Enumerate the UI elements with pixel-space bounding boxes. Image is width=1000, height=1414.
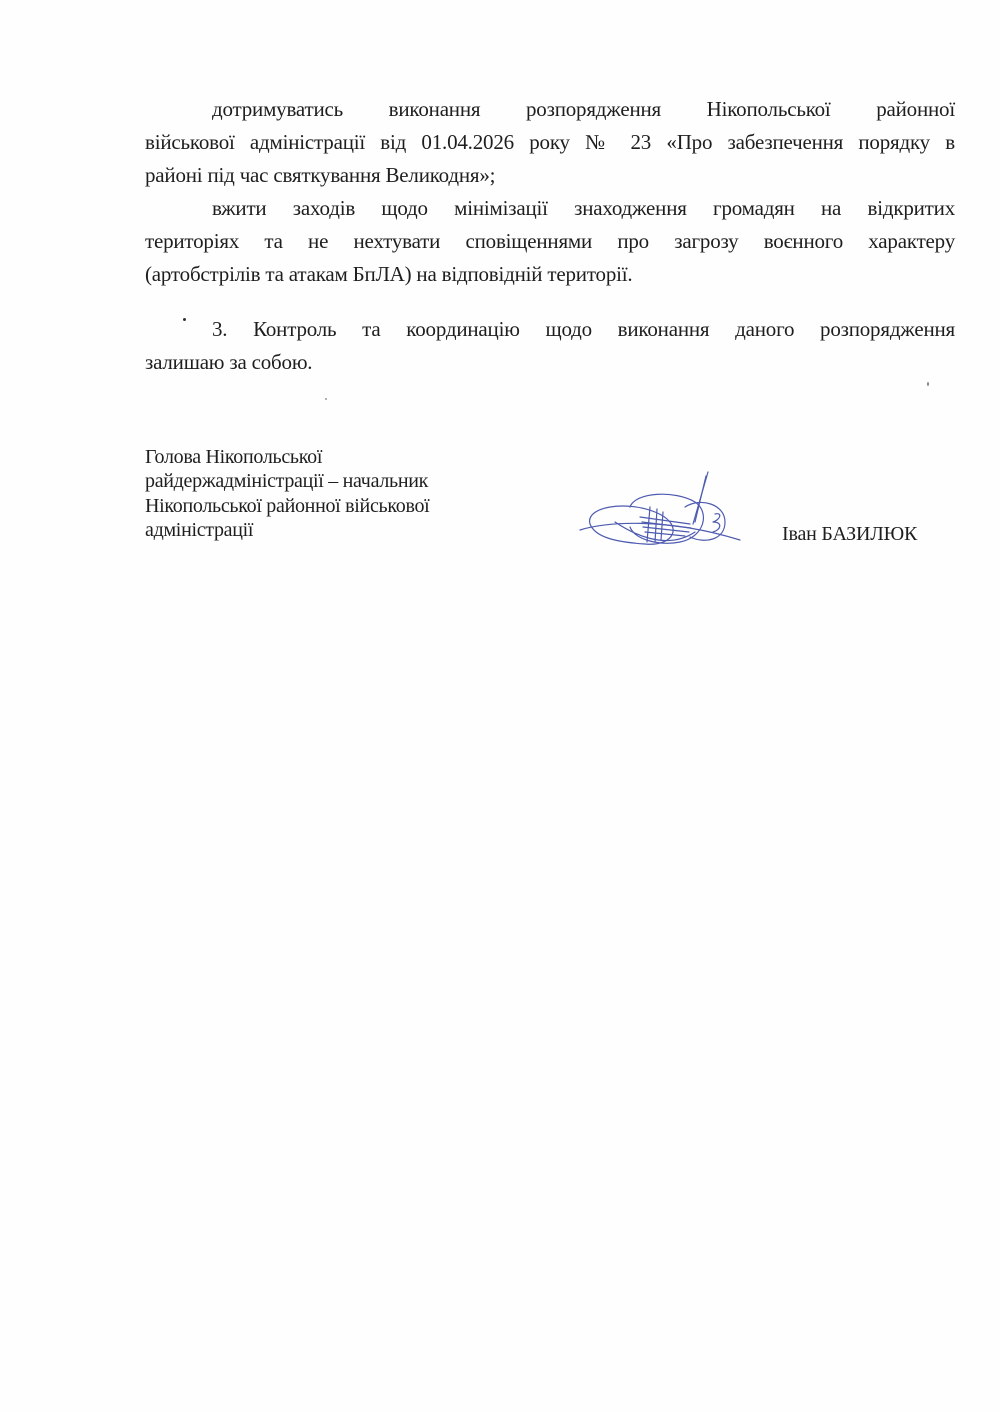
paragraph-3-line-1: 3. Контроль та координацію щодо виконанн… [212, 317, 955, 341]
paragraph-1-line-1: дотримуватись виконання розпорядження Ні… [212, 97, 955, 121]
paragraph-2-line-2: територіях та не нехтувати сповіщеннями … [145, 229, 955, 253]
signer-name: Іван БАЗИЛЮК [782, 522, 917, 546]
handwritten-signature [575, 462, 750, 562]
paragraph-1-line-2: військової адміністрації від 01.04.2026 … [145, 130, 955, 154]
paragraph-3-line-2: залишаю за собою. [145, 350, 955, 374]
signer-position-line-4: адміністрації [145, 518, 253, 542]
signer-position-line-2: райдержадміністрації – начальник [145, 469, 428, 493]
scan-speck [927, 382, 929, 386]
scan-speck [183, 318, 186, 321]
paragraph-1-line-3: районі під час святкування Великодня»; [145, 163, 955, 187]
signer-position-line-1: Голова Нікопольської [145, 445, 322, 469]
document-page: дотримуватись виконання розпорядження Ні… [0, 0, 1000, 1414]
paragraph-2-line-3: (артобстрілів та атакам БпЛА) на відпові… [145, 262, 955, 286]
signer-position-line-3: Нікопольської районної військової [145, 494, 429, 518]
paragraph-2-line-1: вжити заходів щодо мінімізації знаходжен… [212, 196, 955, 220]
scan-speck [325, 398, 327, 400]
